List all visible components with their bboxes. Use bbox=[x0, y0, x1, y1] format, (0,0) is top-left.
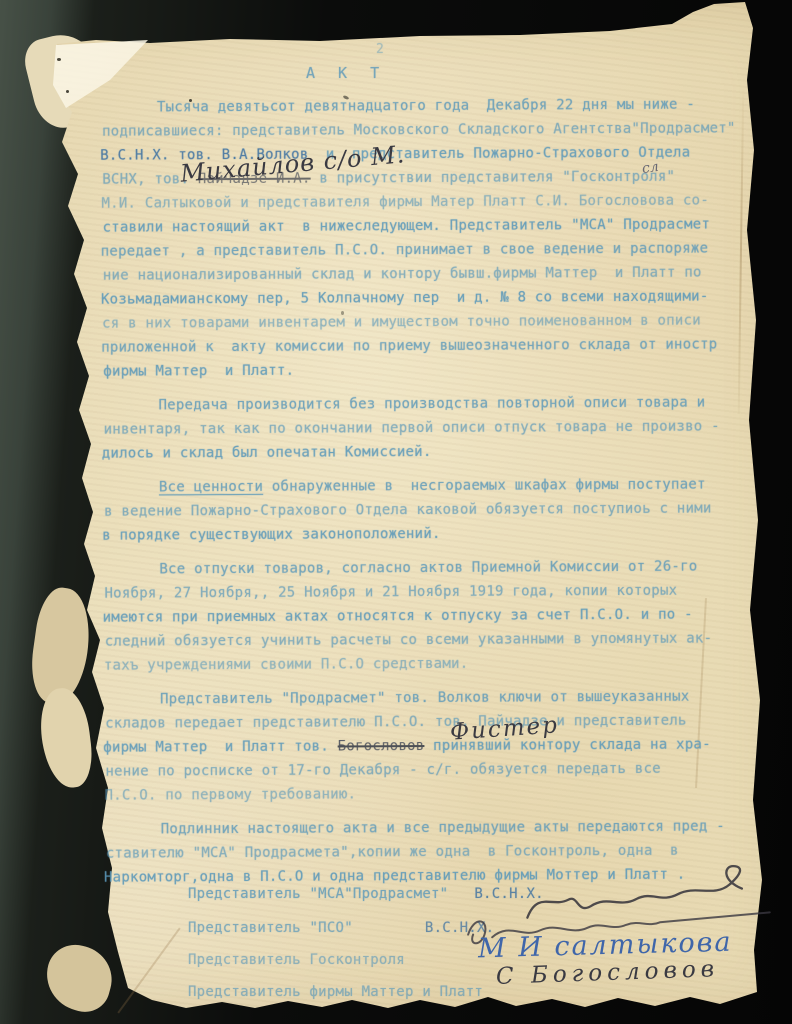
ink-speck bbox=[66, 90, 69, 93]
text-line: Подлинник настоящего акта и все предыдущ… bbox=[104, 814, 758, 841]
text-line: Козьмадамианскому пер, 5 Колпачному пер … bbox=[101, 284, 755, 311]
signature-line-pso: Представитель "ПСО"В.С.Н.Х. bbox=[188, 920, 494, 936]
text-line: ставителю "МСА" Продрасмета",копии же од… bbox=[106, 838, 758, 865]
text-segment: фирмы Маттер и Платт тов. bbox=[103, 738, 337, 755]
text-line: в ведение Пожарно-Страхового Отдела како… bbox=[104, 496, 756, 523]
text-line: ние национализированный склад и контору … bbox=[103, 260, 755, 287]
text-line: фирмы Маттер и Платт тов. Богословов при… bbox=[103, 732, 757, 759]
text-line: П.С.О. по первому требованию. bbox=[105, 780, 758, 807]
text-line: подписавшиеся: представитель Московского… bbox=[102, 116, 754, 143]
page-number: 2 bbox=[376, 42, 384, 57]
text-line: дилось и склад был опечатан Комиссией. bbox=[102, 438, 756, 465]
signature-label: Представитель "ПСО" bbox=[188, 920, 353, 936]
scanned-document: 2 А К Т Тысяча девятьсот девятнадцатого … bbox=[0, 0, 792, 1024]
paragraph-2: Передача производится без производства п… bbox=[101, 390, 755, 465]
text-line: ставили настоящий акт в нижеследующем. П… bbox=[103, 212, 755, 239]
signature-label: Представитель фирмы Маттер и Платт bbox=[188, 984, 483, 1000]
text-line: Все отпуски товаров, согласно актов Прие… bbox=[102, 554, 756, 581]
text-line: имеются при приемных актах относятся к о… bbox=[103, 602, 757, 629]
ink-speck bbox=[189, 99, 192, 102]
document-body: Тысяча девятьсот девятнадцатого года Дек… bbox=[100, 92, 758, 899]
torn-paper-fragment bbox=[39, 939, 119, 1018]
underlined-text: Все ценности bbox=[159, 479, 263, 496]
text-line: инвентаря, так как по окончании первой о… bbox=[104, 414, 756, 441]
text-line: М.И. Салтыковой и представителя фирмы Ма… bbox=[101, 188, 754, 215]
ink-speck bbox=[341, 311, 344, 315]
text-line: приложенной к акту комиссии по приему вы… bbox=[101, 332, 755, 359]
paragraph-4: Все отпуски товаров, согласно актов Прие… bbox=[102, 554, 757, 677]
signature-line-msa: Представитель "МСА"Продрасмет"В.С.Н.Х. bbox=[188, 886, 544, 902]
text-line: Все ценности обнаруженные в несгораемых … bbox=[102, 472, 756, 499]
torn-paper-fragment bbox=[36, 685, 96, 790]
text-line: Передача производится без производства п… bbox=[101, 390, 755, 417]
handwritten-correction-sl: сл bbox=[641, 159, 660, 177]
crossed-out-name: Богословов bbox=[338, 738, 425, 754]
text-segment: обнаруженные в несгораемых шкафах фирмы … bbox=[263, 477, 706, 495]
text-line: в порядке существующих законоположений. bbox=[102, 520, 756, 547]
text-line: следний обязуется учинить расчеты со все… bbox=[105, 626, 757, 653]
paragraph-3: Все ценности обнаруженные в несгораемых … bbox=[102, 472, 756, 547]
text-line: Тысяча девятьсот девятнадцатого года Дек… bbox=[100, 92, 754, 119]
signature-label: Представитель Госконтроля bbox=[188, 952, 405, 968]
signature-line-goskontrol: Представитель Госконтроля bbox=[188, 952, 405, 968]
ink-speck bbox=[57, 58, 61, 61]
paragraph-1: Тысяча девятьсот девятнадцатого года Дек… bbox=[100, 92, 755, 383]
signature-line-matter-platt: Представитель фирмы Маттер и Платт bbox=[188, 984, 483, 1000]
signature-label: Представитель "МСА"Продрасмет" bbox=[188, 886, 448, 902]
text-line: Представитель "Продрасмет" тов. Волков к… bbox=[103, 684, 757, 711]
text-line: Ноября, 27 Ноября,, 25 Ноября и 21 Ноябр… bbox=[104, 578, 756, 605]
text-line: нение по росписке от 17-го Декабря - с/г… bbox=[105, 756, 757, 783]
text-line: ся в них товарами инвентарем и имущество… bbox=[102, 308, 755, 335]
text-line: передает , а представитель П.С.О. приним… bbox=[101, 236, 755, 263]
text-line: тахъ учреждениями своими П.С.О средствам… bbox=[104, 650, 757, 677]
document-title: А К Т bbox=[306, 64, 386, 82]
paragraph-5: Представитель "Продрасмет" тов. Волков к… bbox=[103, 684, 758, 807]
text-line: фирмы Маттер и Платт. bbox=[103, 356, 755, 383]
text-line: складов передает представителю П.С.О. то… bbox=[105, 708, 757, 735]
